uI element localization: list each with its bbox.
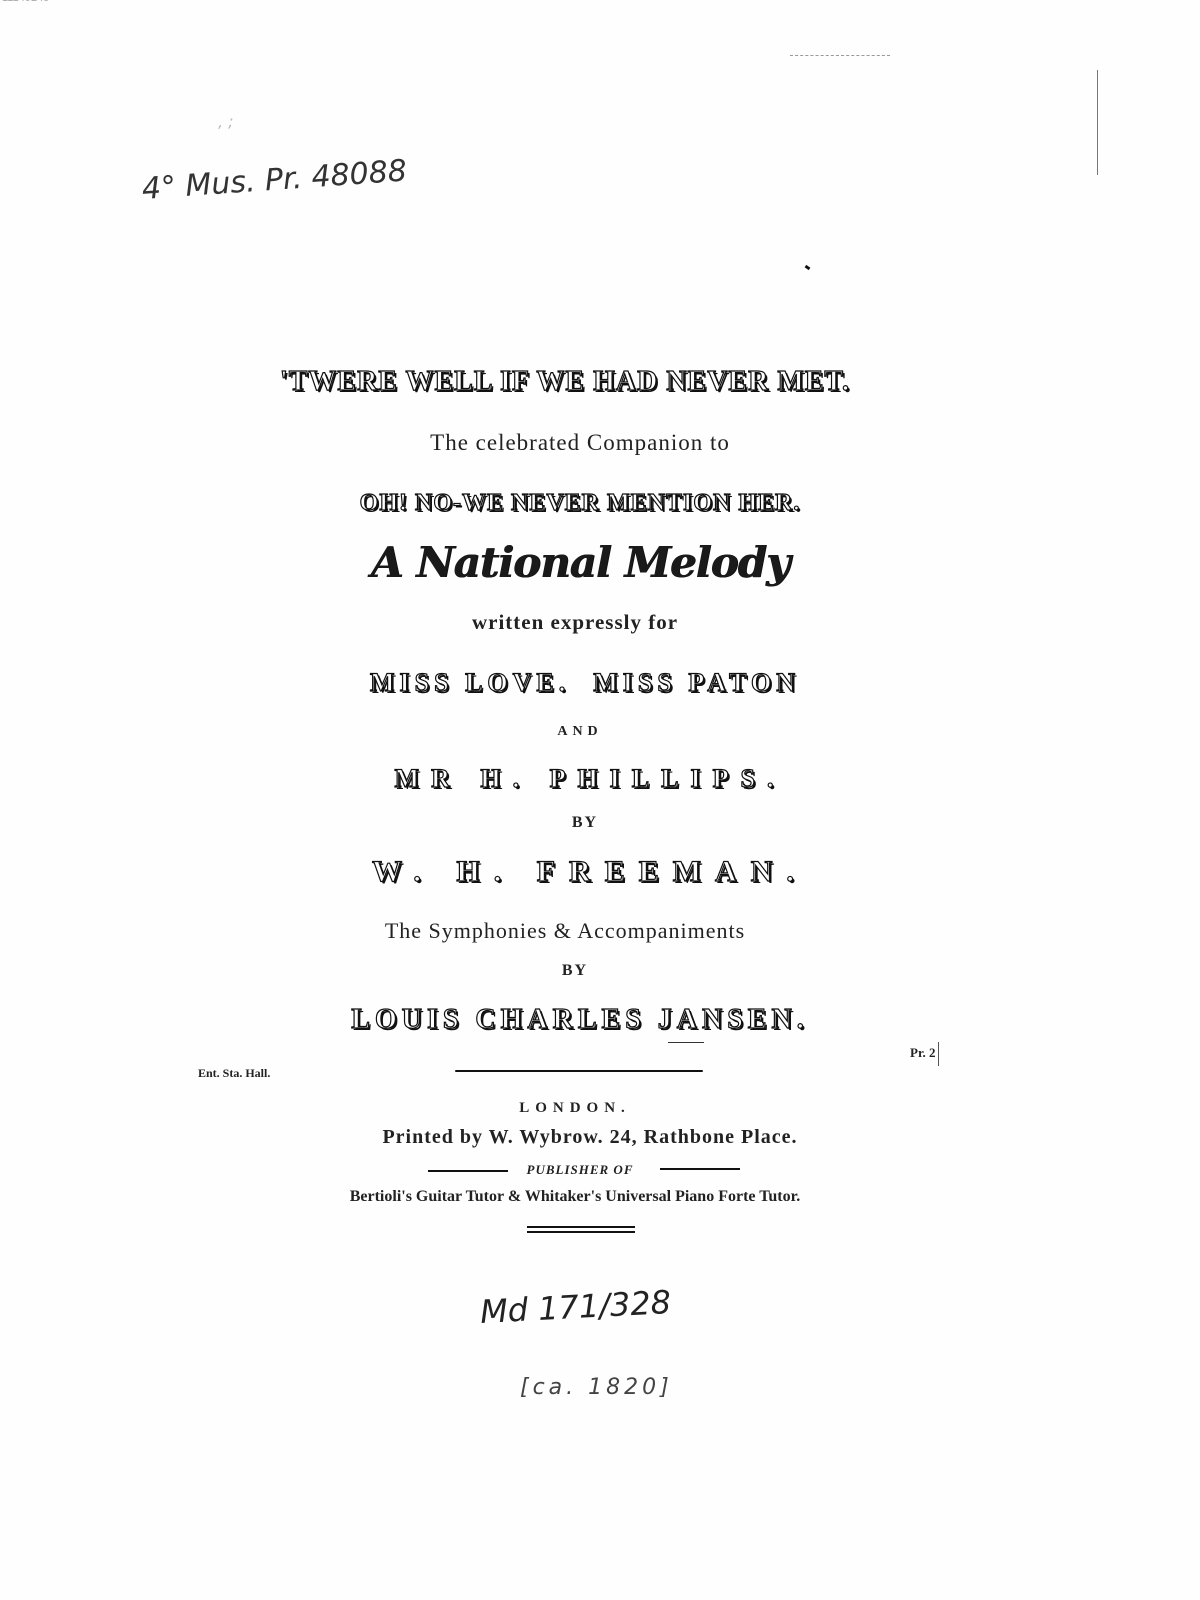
shelfmark-top: 4° Mus. Pr. 48088 — [141, 154, 408, 207]
performers-and: AND — [0, 724, 1180, 740]
by-label-composer: BY — [0, 814, 1185, 832]
composer-name: W. H. FREEMAN. — [0, 855, 1190, 889]
performers-line-1: MISS LOVE. MISS PATON — [0, 668, 1185, 698]
double-rule-top — [527, 1226, 635, 1228]
song-title: 'TWERE WELL IF WE HAD NEVER MET. — [0, 366, 1165, 398]
publisher-rule-right — [660, 1168, 740, 1170]
price-margin-line — [938, 1042, 939, 1066]
dedication-intro: written expressly for — [0, 610, 1175, 635]
by-label-arranger: BY — [0, 962, 1175, 980]
faint-dash-mark — [790, 55, 890, 57]
genre-heading: A National Melody — [0, 538, 1180, 587]
arranger-name: LOUIS CHARLES JANSEN. — [0, 1004, 1180, 1036]
margin-line-right — [1097, 70, 1098, 175]
double-rule-bottom — [527, 1231, 635, 1233]
shelfmark-bottom: Md 171/328 — [479, 1283, 672, 1331]
arranger-intro: The Symphonies & Accompaniments — [0, 918, 1165, 944]
price-mark: Pr. 2 — [910, 1045, 936, 1061]
catalog-id: 11149245 — [2, 0, 49, 4]
imprint-printer: Printed by W. Wybrow. 24, Rathbone Place… — [0, 1126, 1190, 1149]
stationers-hall-entry: Ent. Sta. Hall. — [198, 1066, 270, 1081]
imprint-city: LONDON. — [0, 1100, 1175, 1117]
underline-mark — [668, 1042, 704, 1043]
publisher-of-label: PUBLISHER OF — [0, 1162, 1180, 1178]
faint-pencil-marks: , ; — [218, 112, 234, 131]
performers-line-2: MR H. PHILLIPS. — [0, 764, 1190, 794]
subtitle-companion: The celebrated Companion to — [0, 430, 1180, 456]
companion-song-title: OH! NO-WE NEVER MENTION HER. — [0, 490, 1180, 517]
sheet-music-title-page: 11149245 , ; 4° Mus. Pr. 48088 'TWERE WE… — [0, 0, 1200, 1600]
date-estimate: [ca. 1820] — [520, 1375, 673, 1400]
publisher-publications: Bertioli's Guitar Tutor & Whitaker's Uni… — [0, 1188, 1175, 1206]
ink-speck — [805, 265, 811, 270]
section-rule — [455, 1070, 703, 1072]
